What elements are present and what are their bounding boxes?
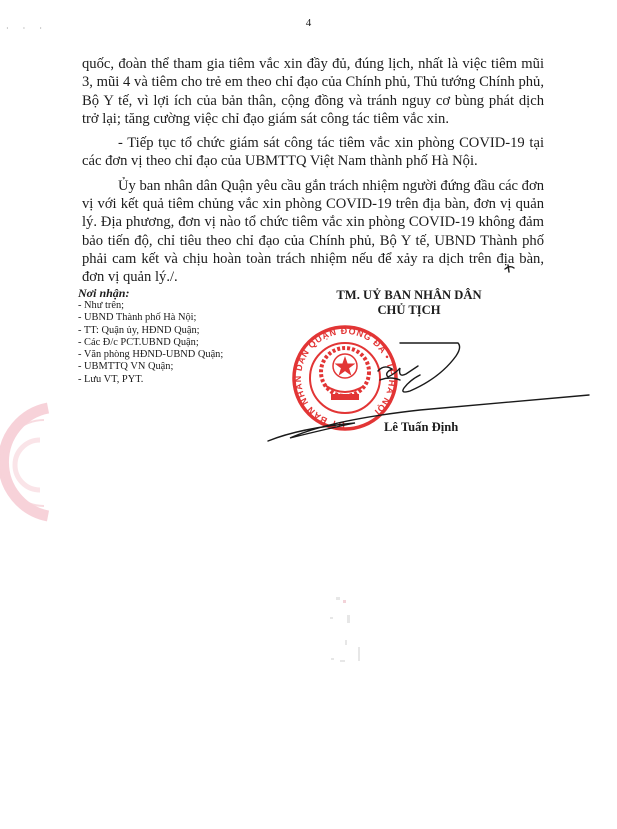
- recipient-item: - UBND Thành phố Hà Nội;: [78, 312, 223, 324]
- position-label: CHỦ TỊCH: [316, 303, 502, 318]
- on-behalf-label: TM. UỶ BAN NHÂN DÂN: [316, 288, 502, 303]
- paragraph-monitoring: - Tiếp tục tổ chức giám sát công tác tiê…: [82, 134, 544, 171]
- signer-name: Lê Tuấn Định: [384, 420, 458, 435]
- svg-text:UỶ BAN NHÂN DÂN QUẬN ĐỐNG ĐA •: UỶ BAN NHÂN DÂN QUẬN ĐỐNG ĐA • TP HÀ NỘI: [292, 325, 397, 430]
- body-text: quốc, đoàn thể tham gia tiêm vắc xin đầy…: [82, 55, 544, 287]
- recipient-item: - UBMTTQ VN Quận;: [78, 361, 223, 373]
- page-number: 4: [0, 17, 617, 29]
- signature-heading: TM. UỶ BAN NHÂN DÂN CHỦ TỊCH: [316, 288, 502, 318]
- recipients-block: Nơi nhận: - Như trên; - UBND Thành phố H…: [78, 286, 223, 386]
- recipient-item: - Lưu VT, PYT.: [78, 374, 223, 386]
- recipient-item: - TT: Quận ủy, HĐND Quận;: [78, 325, 223, 337]
- recipient-item: - Văn phòng HĐND-UBND Quận;: [78, 349, 223, 361]
- recipients-title: Nơi nhận:: [78, 286, 223, 300]
- recipient-item: - Các Đ/c PCT.UBND Quận;: [78, 337, 223, 349]
- paragraph-responsibility: Ủy ban nhân dân Quận yêu cầu gắn trách n…: [82, 177, 544, 287]
- paragraph-continuation: quốc, đoàn thể tham gia tiêm vắc xin đầy…: [82, 55, 544, 128]
- recipient-item: - Như trên;: [78, 300, 223, 312]
